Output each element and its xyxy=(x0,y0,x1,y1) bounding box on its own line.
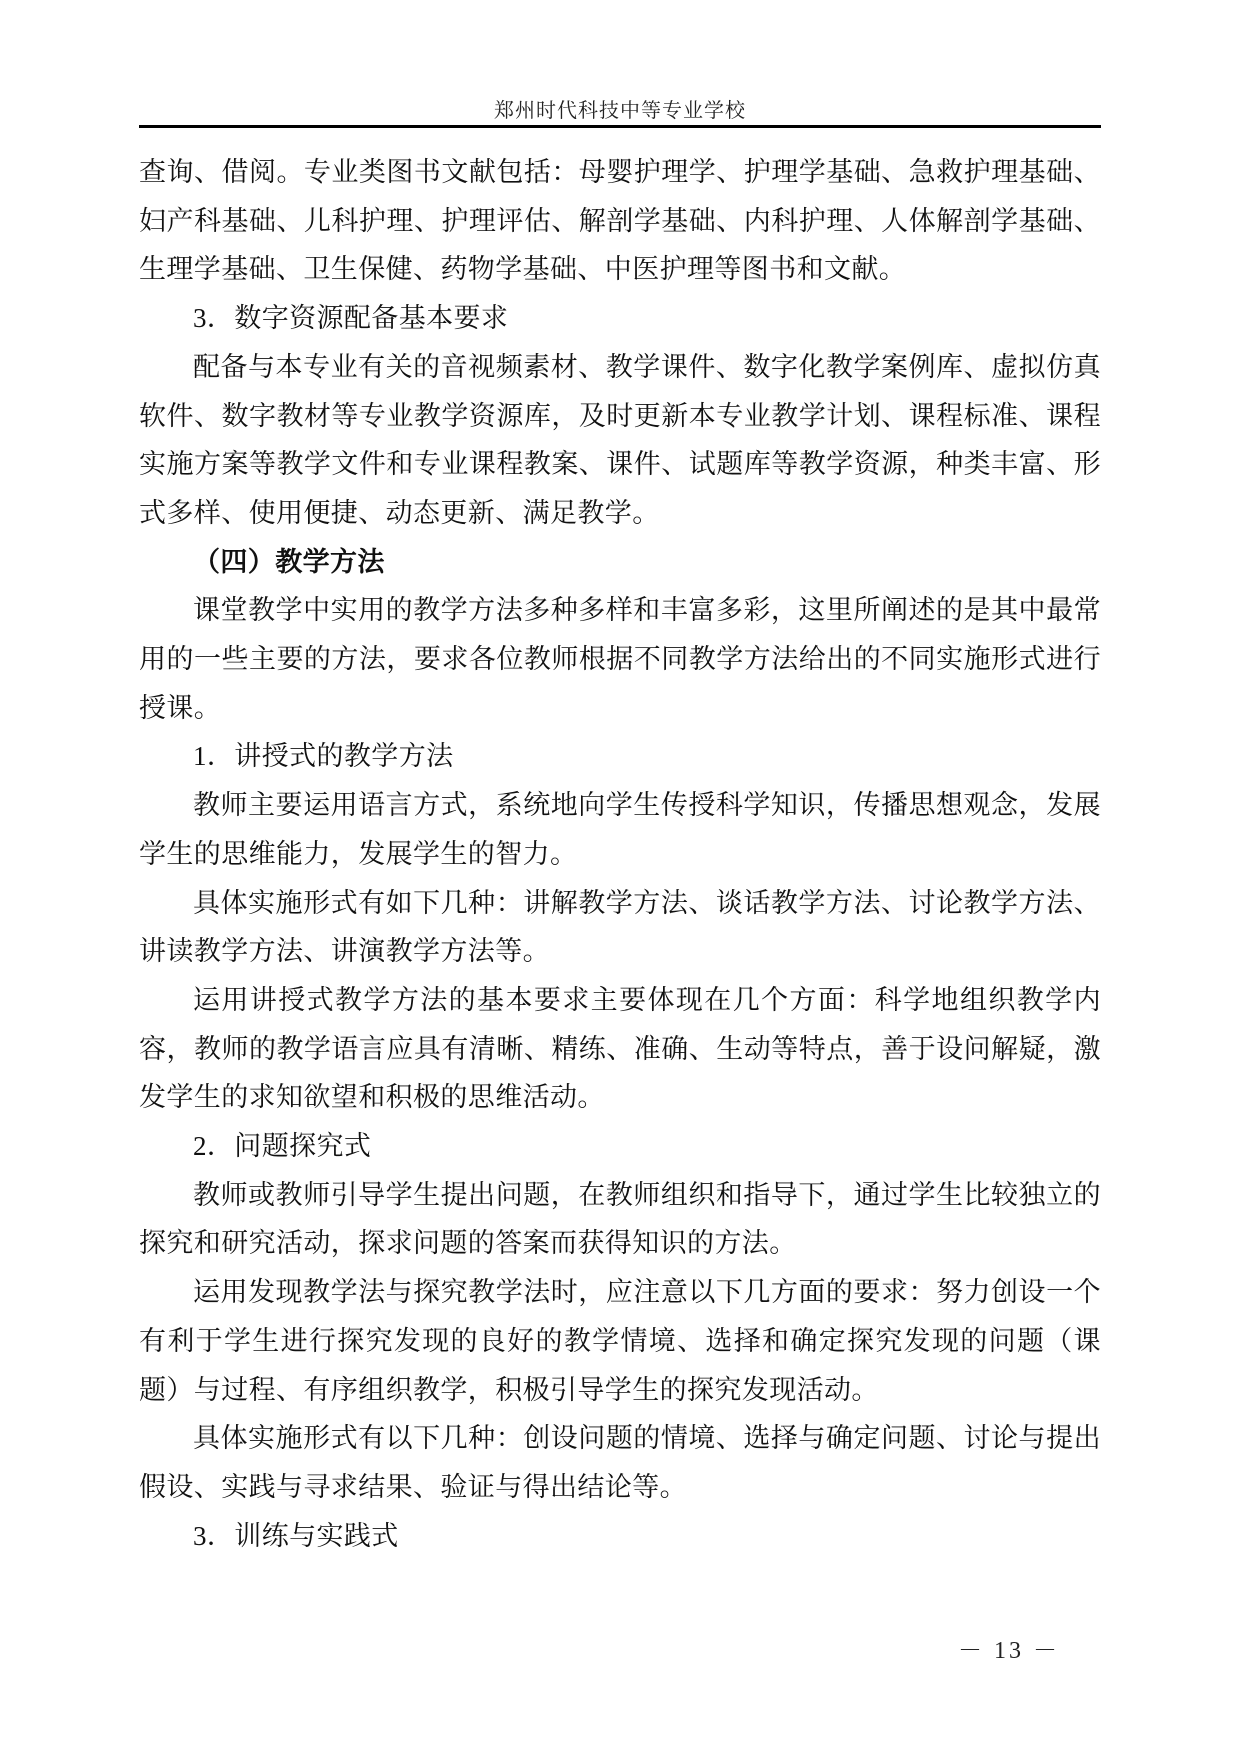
paragraph: 具体实施形式有如下几种：讲解教学方法、谈话教学方法、讨论教学方法、讲读教学方法、… xyxy=(139,879,1101,976)
paragraph: 运用发现教学法与探究教学法时，应注意以下几方面的要求：努力创设一个有利于学生进行… xyxy=(139,1268,1101,1414)
document-body: 查询、借阅。专业类图书文献包括：母婴护理学、护理学基础、急救护理基础、妇产科基础… xyxy=(139,148,1101,1560)
paragraph: 查询、借阅。专业类图书文献包括：母婴护理学、护理学基础、急救护理基础、妇产科基础… xyxy=(139,148,1101,294)
header-rule xyxy=(139,125,1101,128)
numbered-heading: 1．讲授式的教学方法 xyxy=(139,732,1101,781)
paragraph: 运用讲授式教学方法的基本要求主要体现在几个方面：科学地组织教学内容，教师的教学语… xyxy=(139,976,1101,1122)
numbered-heading: 3．数字资源配备基本要求 xyxy=(139,294,1101,343)
page-number: － 13 － xyxy=(958,1630,1060,1665)
numbered-heading: 3．训练与实践式 xyxy=(139,1512,1101,1561)
paragraph: 课堂教学中实用的教学方法多种多样和丰富多彩，这里所阐述的是其中最常用的一些主要的… xyxy=(139,586,1101,732)
paragraph: 配备与本专业有关的音视频素材、教学课件、数字化教学案例库、虚拟仿真软件、数字教材… xyxy=(139,343,1101,538)
document-page: 郑州时代科技中等专业学校 查询、借阅。专业类图书文献包括：母婴护理学、护理学基础… xyxy=(0,0,1241,1754)
numbered-heading: 2．问题探究式 xyxy=(139,1122,1101,1171)
paragraph: 具体实施形式有以下几种：创设问题的情境、选择与确定问题、讨论与提出假设、实践与寻… xyxy=(139,1414,1101,1511)
page-header-title: 郑州时代科技中等专业学校 xyxy=(139,94,1101,123)
section-heading: （四）教学方法 xyxy=(139,538,1101,587)
paragraph: 教师或教师引导学生提出问题，在教师组织和指导下，通过学生比较独立的探究和研究活动… xyxy=(139,1171,1101,1268)
paragraph: 教师主要运用语言方式，系统地向学生传授科学知识，传播思想观念，发展学生的思维能力… xyxy=(139,781,1101,878)
